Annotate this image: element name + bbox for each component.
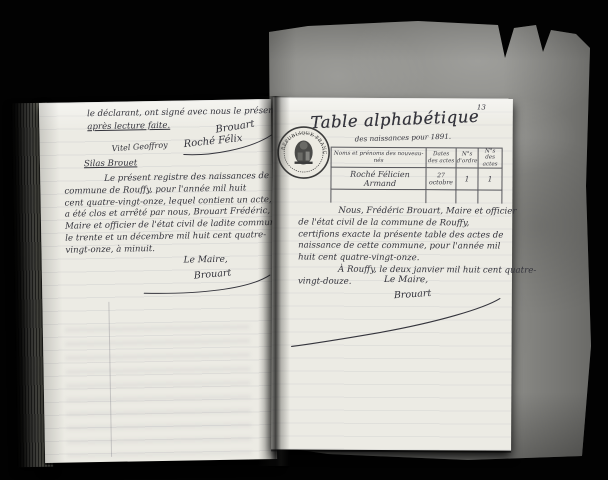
table-row-name: Roché Félicien Armand <box>330 168 426 191</box>
closing-statement: Le présent registre des naissances de la… <box>64 171 271 257</box>
table-empty-cell <box>426 190 456 203</box>
paragraph-line: naissance de cette commune, pour l'année… <box>298 241 506 254</box>
ink-bleed-through <box>65 324 252 457</box>
table-header-dates: Dates des actes <box>427 148 457 168</box>
table-empty-cell <box>456 190 478 203</box>
table-empty-cell <box>478 190 502 203</box>
table-row-acte-number: 1 <box>478 168 502 190</box>
right-page: 13 Table alphabétique des naissances pou… <box>271 97 513 450</box>
table-row-date: 27 octobre <box>426 168 456 190</box>
le-maire-label: Le Maire, <box>184 255 228 266</box>
paragraph-line: vingt-onze, à minuit. <box>65 242 271 257</box>
mayor-signature-flourish <box>138 269 278 299</box>
signature-brouet: Silas Brouet <box>84 158 137 169</box>
paragraph-line: huit cent quatre-vingt-onze. <box>298 253 506 266</box>
mayor-signature-flourish <box>286 287 514 350</box>
table-header-names: Noms et prénoms des nouveau-nés <box>331 148 427 169</box>
table-header-order-number: N°s d'ordre <box>457 148 479 168</box>
table-header-acte-number: N°s des actes <box>479 148 503 168</box>
table-row-order-number: 1 <box>456 168 478 190</box>
page-subtitle: des naissances pour 1891. <box>355 132 452 144</box>
left-page-text-line: après lecture faite. <box>87 121 170 132</box>
signature-flourish-stroke <box>179 129 280 161</box>
page-title: Table alphabétique <box>305 107 486 133</box>
left-page-text-line: le déclarant, ont signé avec nous le pré… <box>87 105 301 119</box>
paragraph-line: Nous, Frédéric Brouart, Maire et officie… <box>338 206 506 219</box>
le-maire-label: Le Maire, <box>384 275 428 285</box>
paragraph-line: de l'état civil de la commune de Rouffy, <box>298 217 506 230</box>
signature-greffier: Vitel Geoffroy <box>111 140 168 153</box>
scanned-register-photo: le déclarant, ont signé avec nous le pré… <box>0 0 608 480</box>
table-empty-cell <box>330 190 426 204</box>
republique-francaise-stamp-icon: RÉPUBLIQUE FRANÇAISE <box>276 125 330 179</box>
births-index-table: Noms et prénoms des nouveau-nés Dates de… <box>330 147 502 204</box>
left-page: le déclarant, ont signé avec nous le pré… <box>39 99 277 463</box>
